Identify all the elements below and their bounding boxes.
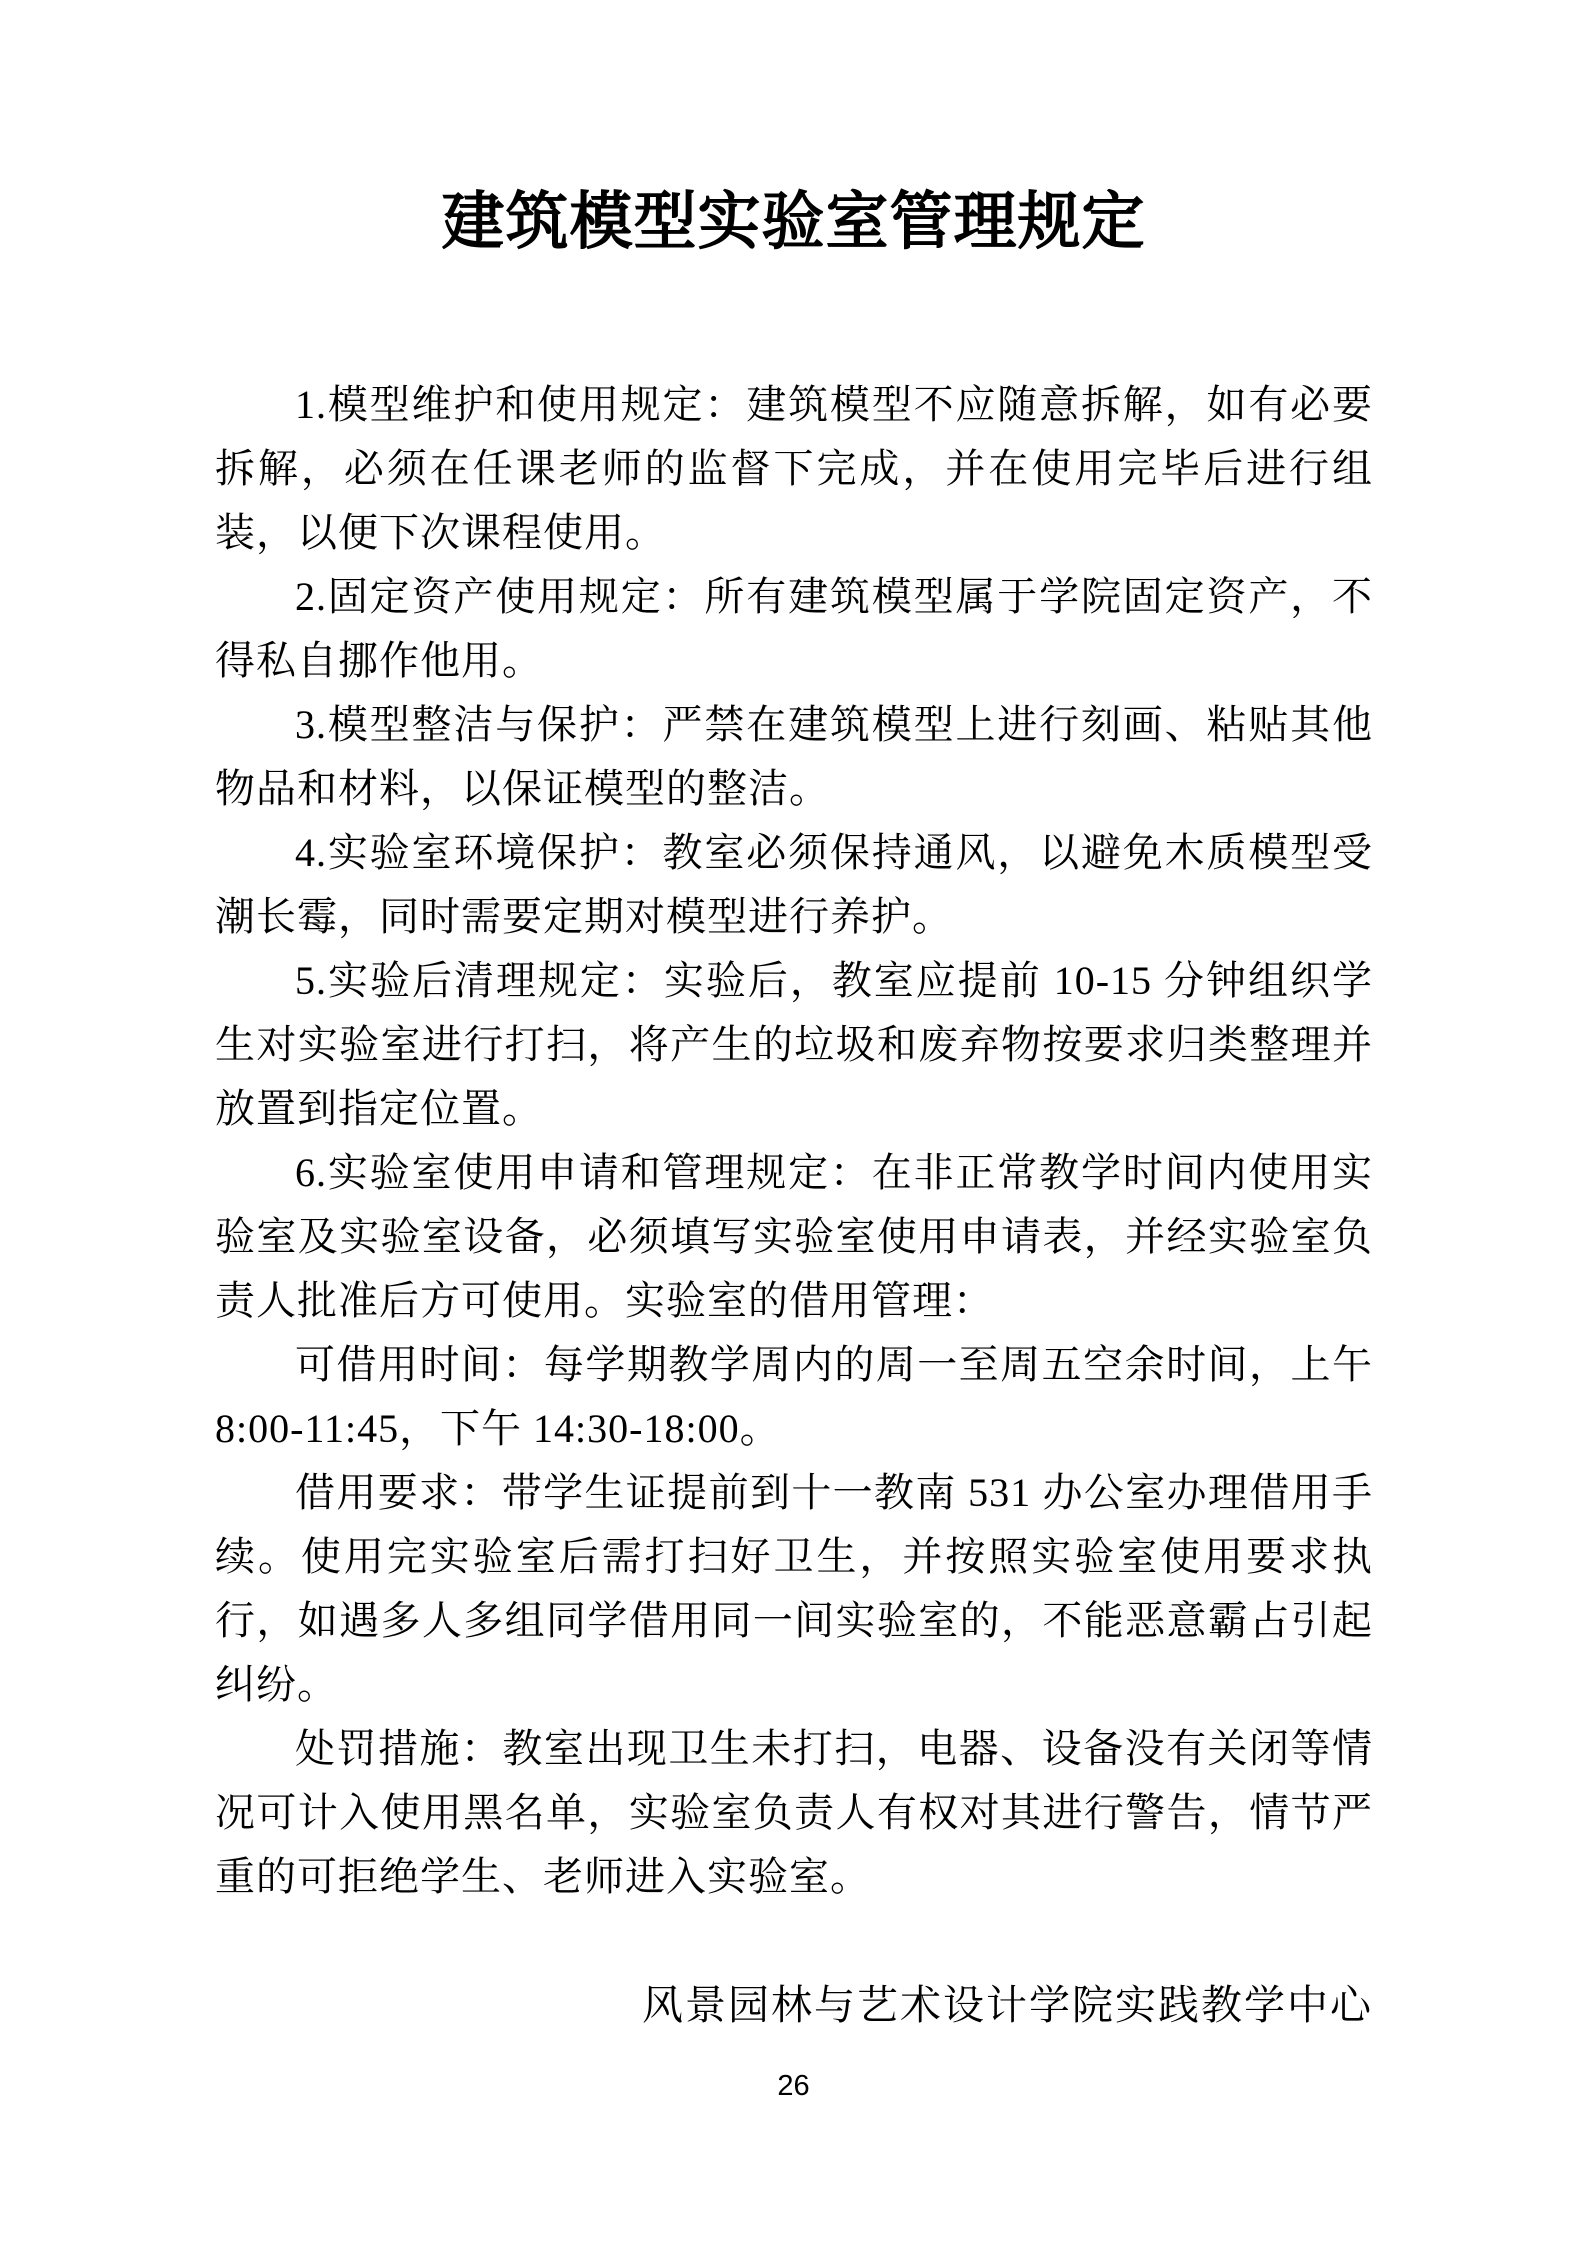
- paragraph-3-model-cleanliness: 3.模型整洁与保护：严禁在建筑模型上进行刻画、粘贴其他物品和材料，以保证模型的整…: [215, 693, 1373, 821]
- paragraph-8-borrow-requirements: 借用要求：带学生证提前到十一教南 531 办公室办理借用手续。使用完实验室后需打…: [215, 1461, 1373, 1717]
- paragraph-2-fixed-assets: 2.固定资产使用规定：所有建筑模型属于学院固定资产，不得私自挪作他用。: [215, 565, 1373, 693]
- paragraph-6-usage-application: 6.实验室使用申请和管理规定：在非正常教学时间内使用实验室及实验室设备，必须填写…: [215, 1141, 1373, 1333]
- page-title: 建筑模型实验室管理规定: [0, 178, 1587, 266]
- page-number: 26: [0, 2066, 1587, 2106]
- document-page: 建筑模型实验室管理规定 1.模型维护和使用规定：建筑模型不应随意拆解，如有必要拆…: [0, 0, 1587, 2245]
- document-body: 1.模型维护和使用规定：建筑模型不应随意拆解，如有必要拆解，必须在任课老师的监督…: [215, 373, 1373, 1909]
- signature-line: 风景园林与艺术设计学院实践教学中心: [215, 1973, 1373, 2037]
- paragraph-9-penalties: 处罚措施：教室出现卫生未打扫，电器、设备没有关闭等情况可计入使用黑名单，实验室负…: [215, 1717, 1373, 1909]
- paragraph-7-borrow-time: 可借用时间：每学期教学周内的周一至周五空余时间，上午 8:00-11:45，下午…: [215, 1333, 1373, 1461]
- paragraph-5-post-experiment-cleanup: 5.实验后清理规定：实验后，教室应提前 10-15 分钟组织学生对实验室进行打扫…: [215, 949, 1373, 1141]
- paragraph-1-model-maintenance: 1.模型维护和使用规定：建筑模型不应随意拆解，如有必要拆解，必须在任课老师的监督…: [215, 373, 1373, 565]
- paragraph-4-lab-environment: 4.实验室环境保护：教室必须保持通风，以避免木质模型受潮长霉，同时需要定期对模型…: [215, 821, 1373, 949]
